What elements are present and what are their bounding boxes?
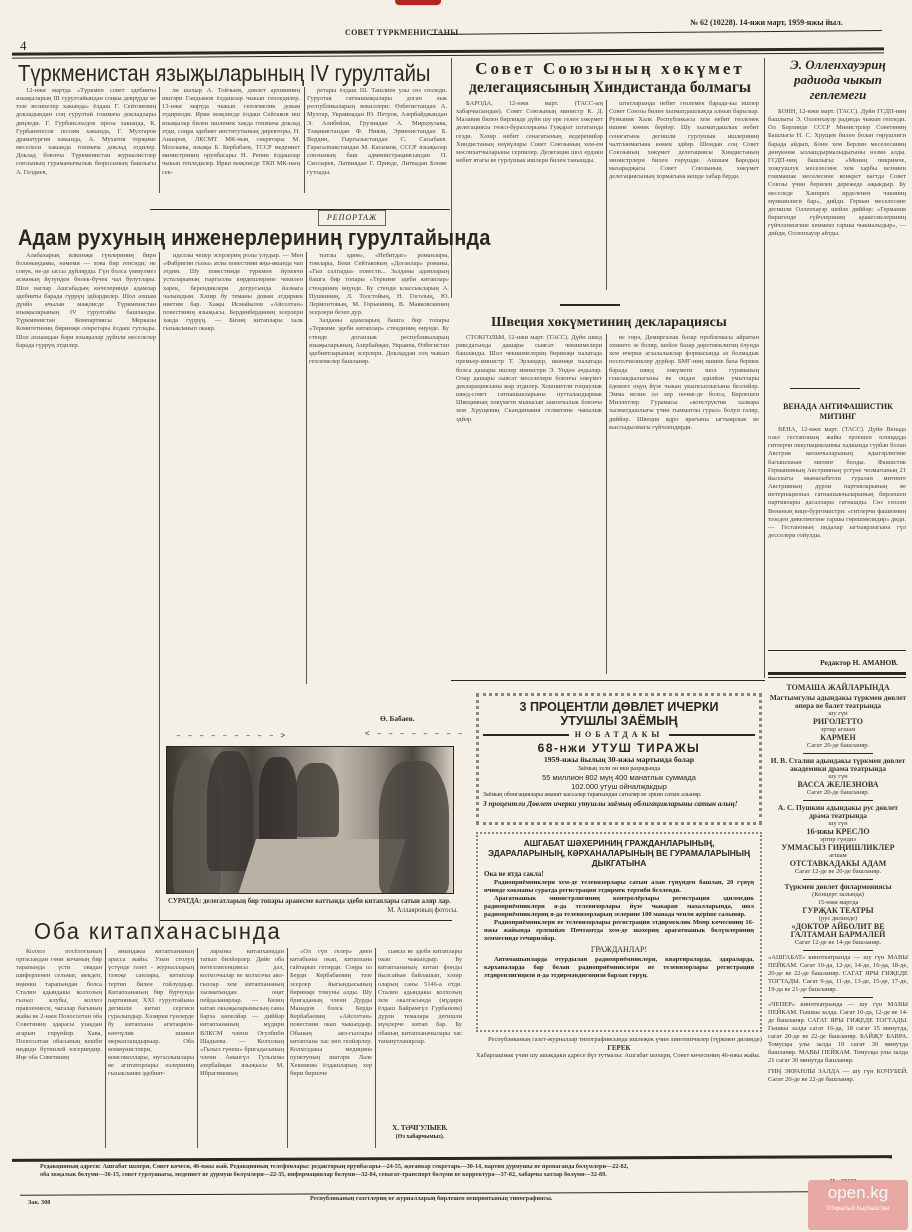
rule: [803, 800, 873, 801]
loan-slogan: 3 процентли Дөвлет ичерки утушлы заёмың …: [479, 799, 759, 808]
cinema-cheper: «ЧЕПЕР» кинотеатрында — шу гүн МАВЫ ПЕЙК…: [768, 1001, 908, 1065]
masthead: СОВЕТ ТҮРКМЕНИСТАНЫ: [345, 28, 458, 37]
olenhauer-text: БОНН, 12-нжи март. (ТАСС). Дүйн ГСДП-ниң…: [768, 108, 906, 384]
draw-prizes: 102.000 утуш ойналҗакдыр: [479, 782, 759, 791]
show-vassa: ВАССА ЖЕЛЕЗНОВА: [768, 781, 908, 789]
headline-india-2: делегациясының Хиндистанда болмагы: [458, 80, 762, 96]
notice-title: АШГАБАТ ШӘХЕРИНИҢ ГРАЖДАНЛАРЫНЫҢ, ЭДАРАЛ…: [478, 834, 760, 870]
cinema-ashgabat: «АШГАБАТ» кинотеатрында — шу гүн МАВЫ ПЕ…: [768, 954, 908, 994]
col-divider: [304, 87, 305, 193]
venue-philharmonic: Түркмен дөвлет филармониясы: [768, 883, 908, 891]
show-time: Сагат 20-де башланяр.: [768, 789, 908, 797]
show-time: Сагат 12-де ве 14-де башланяр.: [768, 939, 908, 947]
author-note: (Өз хабарчымыз).: [378, 1133, 462, 1142]
photo-credit: М. Аллаяровың фотосы.: [387, 906, 458, 915]
notice-p1: Радиоприёмниклери хем-де телевизорлары с…: [484, 879, 754, 895]
puppet-theatre: ГУРҖАК ТЕАТРЫ: [768, 907, 908, 915]
headline-engineers: Адам рухуның инженерлериниң гурултайында: [18, 227, 491, 249]
short-rule: [790, 388, 860, 389]
show-time: Сагат 20-де башланяр.: [768, 742, 908, 750]
headline-olenhauer: Э. Олленхауэриң радиода чыкып геплемеги: [768, 58, 908, 103]
sweden-col-2: ве гөрә, Демиргазык базар проблемасы айр…: [609, 334, 759, 674]
notice-p4: Автомашынларда отурдылан радиоприёмникле…: [478, 956, 760, 980]
writers-col-1: 12-нжи мартда «Түркмен совет эдебияты яз…: [16, 87, 156, 195]
header-rule-right: [430, 30, 882, 35]
job-gerek: ГЕРЕК: [476, 1044, 762, 1052]
theatre-title: ТОМАША ЖАЙЛАРЫНДА: [768, 684, 908, 692]
venue-drama: И. В. Сталин адындакы түркмен дөвлет ака…: [768, 757, 908, 773]
engineers-col-1: Алабахарың илкинҗи гүнлериниң бири болан…: [16, 252, 156, 932]
footer-printer: Республиканың газетлериң ве журналларың …: [310, 1195, 552, 1203]
watermark-sub: Открытый Кыргызстан: [808, 1206, 908, 1212]
footer-line-2: оба хоҗалык бөлүми—36-15, совет гурлушыг…: [40, 1171, 840, 1179]
rule: [483, 734, 569, 736]
rule: [803, 879, 873, 880]
col-divider: [306, 252, 307, 684]
engineers-col-2: иделлы чепер эсерлериң ролы улудыр. — Ме…: [163, 252, 303, 684]
editor-signature: Редактор Н. АМАНОВ.: [768, 658, 898, 667]
arrow-left: < – – – – – – – –: [365, 730, 464, 739]
writers-col-3: ретары ёлдаш Ш. Ташлиев улы сөз сөзледи.…: [307, 87, 447, 195]
vienna-text: ВЕНА, 12-нжи март. (ТАСС). Дүйн Венада о…: [768, 426, 906, 648]
rule: [803, 997, 873, 998]
venue-opera: Магтымгулы адындакы түркмен дөвлет опера…: [768, 694, 908, 710]
loan-advert: 3 ПРОЦЕНТЛИ ДӨВЛЕТ ИЧЕРКИ УТУШЛЫ ЗАЁМЫҢ …: [476, 693, 762, 825]
writers-col-2: ли шахыр А. Тойчыев, дөвлет архивиниң иш…: [162, 87, 300, 195]
job-text: Республиканың газет-журналлар типография…: [476, 1036, 762, 1044]
draw-date: 1959-нжы йылың 30-нжы мартында болар: [479, 755, 759, 765]
library-col-1: Колхоз посёлогының ортасындан гөни кочан…: [16, 948, 102, 1148]
rule: [768, 672, 906, 675]
india-col-2: штатларында небит гөзлемек барада-кы ишл…: [609, 100, 759, 292]
registration-notice: АШГАБАТ ШӘХЕРИНИҢ ГРАЖДАНЛАРЫНЫҢ, ЭДАРАЛ…: [476, 832, 762, 1032]
loan-line2: УТУШЛЫ ЗАЁМЫҢ: [479, 714, 759, 728]
rule: [669, 734, 755, 736]
draw-number: 68-нжи УТУШ ТИРАЖЫ: [479, 741, 759, 755]
footer-rule: [12, 1155, 892, 1162]
footer-order: Зак. 308: [28, 1199, 50, 1207]
col-divider: [287, 948, 288, 1148]
theatre-listings: ТОМАША ЖАЙЛАРЫНДА Магтымгулы адындакы тү…: [768, 684, 908, 1084]
novatdaky: НОБАТДАКЫ: [575, 730, 663, 739]
cinema-wide-screen: ГИҢ ЭКРАНЛЫ ЗАЛДА — шу гүн КОЧУБЕЙ. Сага…: [768, 1068, 908, 1084]
notice-lead: Ока ве ятда сакла!: [478, 870, 760, 879]
headline-sweden: Швеция хөкүметиниң декларациясы: [456, 316, 762, 331]
openkg-watermark[interactable]: open.kg Открытый Кыргызстан: [808, 1180, 908, 1230]
show-rigoletto: РИГОЛЕТТО: [768, 718, 908, 726]
engineers-author: Ө. Бабаев.: [380, 714, 415, 723]
loan-line1: 3 ПРОЦЕНТЛИ ДӨВЛЕТ ИЧЕРКИ: [479, 700, 759, 714]
headline-writers-congress: Түркменистан языҗыларының IV гурултайы: [18, 62, 430, 85]
vienna-title-1: ВЕНАДА АНТИФАШИСТИК: [768, 402, 908, 412]
draw-categories: Заёмың эхли он ики разрядында: [479, 765, 759, 773]
notice-p2: Арагатнашык министрлигиниң контролёрлары…: [484, 895, 754, 919]
footer-line-1: Редакцияның адреси: Ашгабат шәхери, Сове…: [40, 1163, 840, 1171]
show-kreslo: 16-нжы КРЕСЛО: [768, 828, 908, 836]
reportaj-label: РЕПОРТАЖ: [318, 210, 386, 226]
rule: [768, 650, 906, 651]
headline-village-library: Оба китапханасында: [34, 920, 282, 943]
job-contact: Хабарлашмак үчин шу ашакдаки адресе йүз …: [476, 1052, 762, 1060]
sweden-col-1: СТОКГОЛЬМ, 12-нжи март. (ТАСС). Дүйн шве…: [456, 334, 602, 674]
notice-p3: Радиоприёмниклери ве телевизорлары регис…: [484, 919, 754, 943]
notice-body: Радиоприёмниклери хем-де телевизорлары с…: [478, 879, 760, 943]
library-col-4: «Ол гүн гелер» диен китабыны окап, китап…: [290, 948, 372, 1148]
col-divider: [197, 948, 198, 1148]
short-rule: [560, 304, 620, 306]
col-divider: [105, 948, 106, 1148]
col-divider: [451, 58, 452, 298]
col-divider: [606, 334, 607, 674]
job-advert: Республиканың газет-журналлар типография…: [476, 1036, 762, 1060]
hall-label: (Концерт залында): [768, 891, 908, 899]
col-divider: [159, 87, 160, 193]
issue-info: № 62 (10228). 14-нжи март, 1959-нжы йыл.: [690, 18, 843, 27]
show-ummasyz: УММАСЫЗ ГИҢИШЛИКЛЕР: [768, 844, 908, 852]
headline-vienna: ВЕНАДА АНТИФАШИСТИК МИТИНГ: [768, 402, 908, 422]
show-aibolit: «ДОКТОР АЙБОЛИТ ВЕ ГАЛТАМАН БАРМАЛЕЙ: [768, 923, 908, 939]
photo-caption: СУРАТДА: делегатларың бир топары аранесм…: [168, 897, 458, 915]
col-divider: [375, 948, 376, 1148]
top-tab-marker: [395, 0, 441, 5]
rule: [803, 753, 873, 754]
india-col-1: БАРОДА, 12-нжи март. (ТАСС-ың хабарчысын…: [456, 100, 603, 292]
caption-text: СУРАТДА: делегатларың бир топары аранесм…: [168, 898, 451, 905]
loan-note: Заёмың облигациялары аманат кассалар тар…: [479, 791, 759, 799]
col-divider: [606, 100, 607, 290]
library-col-2: янындакы китапхананың арасса жайы. Узын …: [108, 948, 194, 1148]
headline-india-1: Совет Союзының хөкүмет: [460, 60, 760, 78]
citizens-heading: ГРАЖДАНЛАР!: [478, 945, 760, 954]
draw-sum: 55 миллион 802 мүң 400 манатлык суммада: [479, 773, 759, 782]
author-name: Х. ТӘЧГУЛЫЕВ.: [378, 1124, 462, 1133]
show-otstavka: ОТСТАВКАДАКЫ АДАМ: [768, 860, 908, 868]
vienna-title-2: МИТИНГ: [768, 412, 908, 422]
watermark-brand: open.kg: [808, 1180, 908, 1206]
footer-addresses: Редакцияның адреси: Ашгабат шәхери, Сове…: [40, 1163, 840, 1179]
col-divider: [159, 252, 160, 932]
rule: [451, 680, 765, 681]
library-author: Х. ТӘЧГУЛЫЕВ. (Өз хабарчымыз).: [378, 1124, 462, 1141]
photo-book-stall: [166, 746, 454, 894]
show-time: Сагат 12-де ве 20-де башланяр.: [768, 868, 908, 876]
arrow-right: – – – – – – – – – >: [176, 732, 286, 741]
engineers-col-3: тытлы эдим», «Небитдаг» романлары, томла…: [309, 252, 449, 684]
library-col-3: ларыны китапханадан тапып билйәрлер. Дий…: [200, 948, 284, 1148]
col-divider: [764, 58, 765, 678]
show-carmen: КАРМЕН: [768, 734, 908, 742]
library-col-5: сыясы ве эдеби китаплары окап чыкыпдыр. …: [378, 948, 462, 1122]
section-rule: [150, 209, 450, 210]
venue-pushkin: А. С. Пушкин адындакы рус дөвлет драма т…: [768, 804, 908, 820]
rule: [803, 950, 873, 951]
rule: [768, 677, 906, 678]
novatdaky-row: НОБАТДАКЫ: [483, 730, 755, 739]
